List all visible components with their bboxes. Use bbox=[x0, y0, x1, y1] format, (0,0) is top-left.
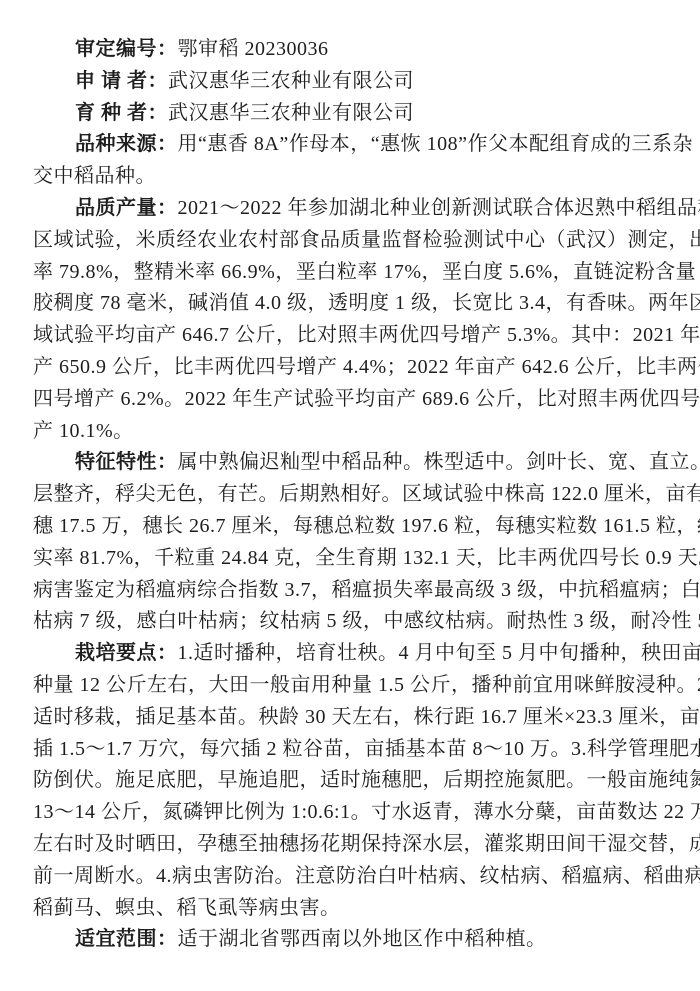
line-text: 适于湖北省鄂西南以外地区作中稻种植。 bbox=[178, 928, 547, 950]
text-line: 实率 81.7%，千粒重 24.84 克，全生育期 132.1 天，比丰两优四号… bbox=[33, 543, 667, 575]
line-text: 交中稻品种。 bbox=[33, 165, 156, 187]
line-text: 插 1.5～1.7 万穴，每穴插 2 粒谷苗，亩插基本苗 8～10 万。3.科学… bbox=[33, 738, 700, 760]
text-line: 层整齐，稃尖无色，有芒。后期熟相好。区域试验中株高 122.0 厘米，亩有效 bbox=[33, 479, 667, 511]
text-line: 适时移栽，插足基本苗。秧龄 30 天左右，株行距 16.7 厘米×23.3 厘米… bbox=[33, 702, 667, 734]
section-suitable-region: 适宜范围：适于湖北省鄂西南以外地区作中稻种植。 bbox=[33, 924, 667, 956]
line-text: 1.适时播种，培育壮秧。4 月中旬至 5 月中旬播种，秧田亩播 bbox=[178, 642, 700, 664]
section-label-quality-and-yield: 品质产量： bbox=[75, 197, 178, 219]
document-page: 审定编号：鄂审稻 20230036申 请 者：武汉惠华三农种业有限公司育 种 者… bbox=[0, 0, 700, 991]
line-text: 左右时及时晒田，孕穗至抽穗扬花期保持深水层，灌浆期田间干湿交替，成熟 bbox=[33, 833, 700, 855]
section-label-certification-number: 审定编号： bbox=[75, 38, 178, 60]
line-text: 产 650.9 公斤，比丰两优四号增产 4.4%；2022 年亩产 642.6 … bbox=[33, 356, 700, 378]
line-text: 前一周断水。4.病虫害防治。注意防治白叶枯病、纹枯病、稻瘟病、稻曲病和 bbox=[33, 865, 700, 887]
line-text: 层整齐，稃尖无色，有芒。后期熟相好。区域试验中株高 122.0 厘米，亩有效 bbox=[33, 483, 700, 505]
text-line: 产 650.9 公斤，比丰两优四号增产 4.4%；2022 年亩产 642.6 … bbox=[33, 352, 667, 384]
text-line: 品质产量：2021～2022 年参加湖北种业创新测试联合体迟熟中稻组品种 bbox=[33, 193, 667, 225]
text-line: 病害鉴定为稻瘟病综合指数 3.7，稻瘟损失率最高级 3 级，中抗稻瘟病；白叶 bbox=[33, 575, 667, 607]
text-line: 率 79.8%，整精米率 66.9%，垩白粒率 17%，垩白度 5.6%，直链淀… bbox=[33, 257, 667, 289]
section-label-suitable-region: 适宜范围： bbox=[75, 928, 178, 950]
line-text: 区域试验，米质经农业农村部食品质量监督检验测试中心（武汉）测定，出糙 bbox=[33, 229, 700, 251]
section-label-applicant: 申 请 者： bbox=[75, 70, 168, 92]
text-line: 区域试验，米质经农业农村部食品质量监督检验测试中心（武汉）测定，出糙 bbox=[33, 225, 667, 257]
line-text: 2021～2022 年参加湖北种业创新测试联合体迟熟中稻组品种 bbox=[178, 197, 700, 219]
text-line: 胶稠度 78 毫米，碱消值 4.0 级，透明度 1 级，长宽比 3.4，有香味。… bbox=[33, 288, 667, 320]
section-characteristics: 特征特性：属中熟偏迟籼型中稻品种。株型适中。剑叶长、宽、直立。穗层整齐，稃尖无色… bbox=[33, 447, 667, 638]
line-text: 种量 12 公斤左右，大田一般亩用种量 1.5 公斤，播种前宜用咪鲜胺浸种。2. bbox=[33, 674, 700, 696]
section-certification-number: 审定编号：鄂审稻 20230036 bbox=[33, 34, 667, 66]
text-line: 栽培要点：1.适时播种，培育壮秧。4 月中旬至 5 月中旬播种，秧田亩播 bbox=[33, 638, 667, 670]
text-line: 插 1.5～1.7 万穴，每穴插 2 粒谷苗，亩插基本苗 8～10 万。3.科学… bbox=[33, 734, 667, 766]
line-text: 四号增产 6.2%。2022 年生产试验平均亩产 689.6 公斤，比对照丰两优… bbox=[33, 388, 700, 410]
section-variety-source: 品种来源：用“惠香 8A”作母本，“惠恢 108”作父本配组育成的三系杂交中稻品… bbox=[33, 129, 667, 193]
text-line: 种量 12 公斤左右，大田一般亩用种量 1.5 公斤，播种前宜用咪鲜胺浸种。2. bbox=[33, 670, 667, 702]
line-text: 适时移栽，插足基本苗。秧龄 30 天左右，株行距 16.7 厘米×23.3 厘米… bbox=[33, 706, 700, 728]
text-line: 适宜范围：适于湖北省鄂西南以外地区作中稻种植。 bbox=[33, 924, 667, 956]
line-text: 武汉惠华三农种业有限公司 bbox=[168, 102, 414, 124]
section-label-cultivation-points: 栽培要点： bbox=[75, 642, 178, 664]
text-line: 审定编号：鄂审稻 20230036 bbox=[33, 34, 667, 66]
text-line: 稻蓟马、螟虫、稻飞虱等病虫害。 bbox=[33, 893, 667, 925]
document-body: 审定编号：鄂审稻 20230036申 请 者：武汉惠华三农种业有限公司育 种 者… bbox=[0, 0, 700, 956]
text-line: 13～14 公斤，氮磷钾比例为 1:0.6:1。寸水返青，薄水分蘖，亩苗数达 2… bbox=[33, 797, 667, 829]
section-cultivation-points: 栽培要点：1.适时播种，培育壮秧。4 月中旬至 5 月中旬播种，秧田亩播种量 1… bbox=[33, 638, 667, 924]
text-line: 前一周断水。4.病虫害防治。注意防治白叶枯病、纹枯病、稻瘟病、稻曲病和 bbox=[33, 861, 667, 893]
line-text: 实率 81.7%，千粒重 24.84 克，全生育期 132.1 天，比丰两优四号… bbox=[33, 547, 700, 569]
line-text: 用“惠香 8A”作母本，“惠恢 108”作父本配组育成的三系杂 bbox=[178, 133, 693, 155]
section-quality-and-yield: 品质产量：2021～2022 年参加湖北种业创新测试联合体迟熟中稻组品种区域试验… bbox=[33, 193, 667, 447]
line-text: 病害鉴定为稻瘟病综合指数 3.7，稻瘟损失率最高级 3 级，中抗稻瘟病；白叶 bbox=[33, 579, 700, 601]
text-line: 交中稻品种。 bbox=[33, 161, 667, 193]
section-applicant: 申 请 者：武汉惠华三农种业有限公司 bbox=[33, 66, 667, 98]
text-line: 申 请 者：武汉惠华三农种业有限公司 bbox=[33, 66, 667, 98]
line-text: 胶稠度 78 毫米，碱消值 4.0 级，透明度 1 级，长宽比 3.4，有香味。… bbox=[33, 292, 700, 314]
text-line: 产 10.1%。 bbox=[33, 416, 667, 448]
text-line: 育 种 者：武汉惠华三农种业有限公司 bbox=[33, 98, 667, 130]
text-line: 穗 17.5 万，穗长 26.7 厘米，每穗总粒数 197.6 粒，每穗实粒数 … bbox=[33, 511, 667, 543]
text-line: 品种来源：用“惠香 8A”作母本，“惠恢 108”作父本配组育成的三系杂 bbox=[33, 129, 667, 161]
text-line: 四号增产 6.2%。2022 年生产试验平均亩产 689.6 公斤，比对照丰两优… bbox=[33, 384, 667, 416]
line-text: 武汉惠华三农种业有限公司 bbox=[168, 70, 414, 92]
text-line: 特征特性：属中熟偏迟籼型中稻品种。株型适中。剑叶长、宽、直立。穗 bbox=[33, 447, 667, 479]
line-text: 穗 17.5 万，穗长 26.7 厘米，每穗总粒数 197.6 粒，每穗实粒数 … bbox=[33, 515, 700, 537]
section-breeder: 育 种 者：武汉惠华三农种业有限公司 bbox=[33, 98, 667, 130]
text-line: 防倒伏。施足底肥，早施追肥，适时施穗肥，后期控施氮肥。一般亩施纯氮 bbox=[33, 765, 667, 797]
line-text: 产 10.1%。 bbox=[33, 420, 134, 442]
line-text: 13～14 公斤，氮磷钾比例为 1:0.6:1。寸水返青，薄水分蘖，亩苗数达 2… bbox=[33, 801, 700, 823]
text-line: 左右时及时晒田，孕穗至抽穗扬花期保持深水层，灌浆期田间干湿交替，成熟 bbox=[33, 829, 667, 861]
section-label-characteristics: 特征特性： bbox=[75, 451, 178, 473]
line-text: 属中熟偏迟籼型中稻品种。株型适中。剑叶长、宽、直立。穗 bbox=[178, 451, 700, 473]
text-line: 域试验平均亩产 646.7 公斤，比对照丰两优四号增产 5.3%。其中：2021… bbox=[33, 320, 667, 352]
line-text: 枯病 7 级，感白叶枯病；纹枯病 5 级，中感纹枯病。耐热性 3 级，耐冷性 5… bbox=[33, 610, 700, 632]
line-text: 防倒伏。施足底肥，早施追肥，适时施穗肥，后期控施氮肥。一般亩施纯氮 bbox=[33, 769, 700, 791]
line-text: 稻蓟马、螟虫、稻飞虱等病虫害。 bbox=[33, 897, 341, 919]
section-label-variety-source: 品种来源： bbox=[75, 133, 178, 155]
line-text: 率 79.8%，整精米率 66.9%，垩白粒率 17%，垩白度 5.6%，直链淀… bbox=[33, 261, 700, 283]
line-text: 域试验平均亩产 646.7 公斤，比对照丰两优四号增产 5.3%。其中：2021… bbox=[33, 324, 700, 346]
line-text: 鄂审稻 20230036 bbox=[178, 38, 329, 60]
section-label-breeder: 育 种 者： bbox=[75, 102, 168, 124]
text-line: 枯病 7 级，感白叶枯病；纹枯病 5 级，中感纹枯病。耐热性 3 级，耐冷性 5… bbox=[33, 606, 667, 638]
